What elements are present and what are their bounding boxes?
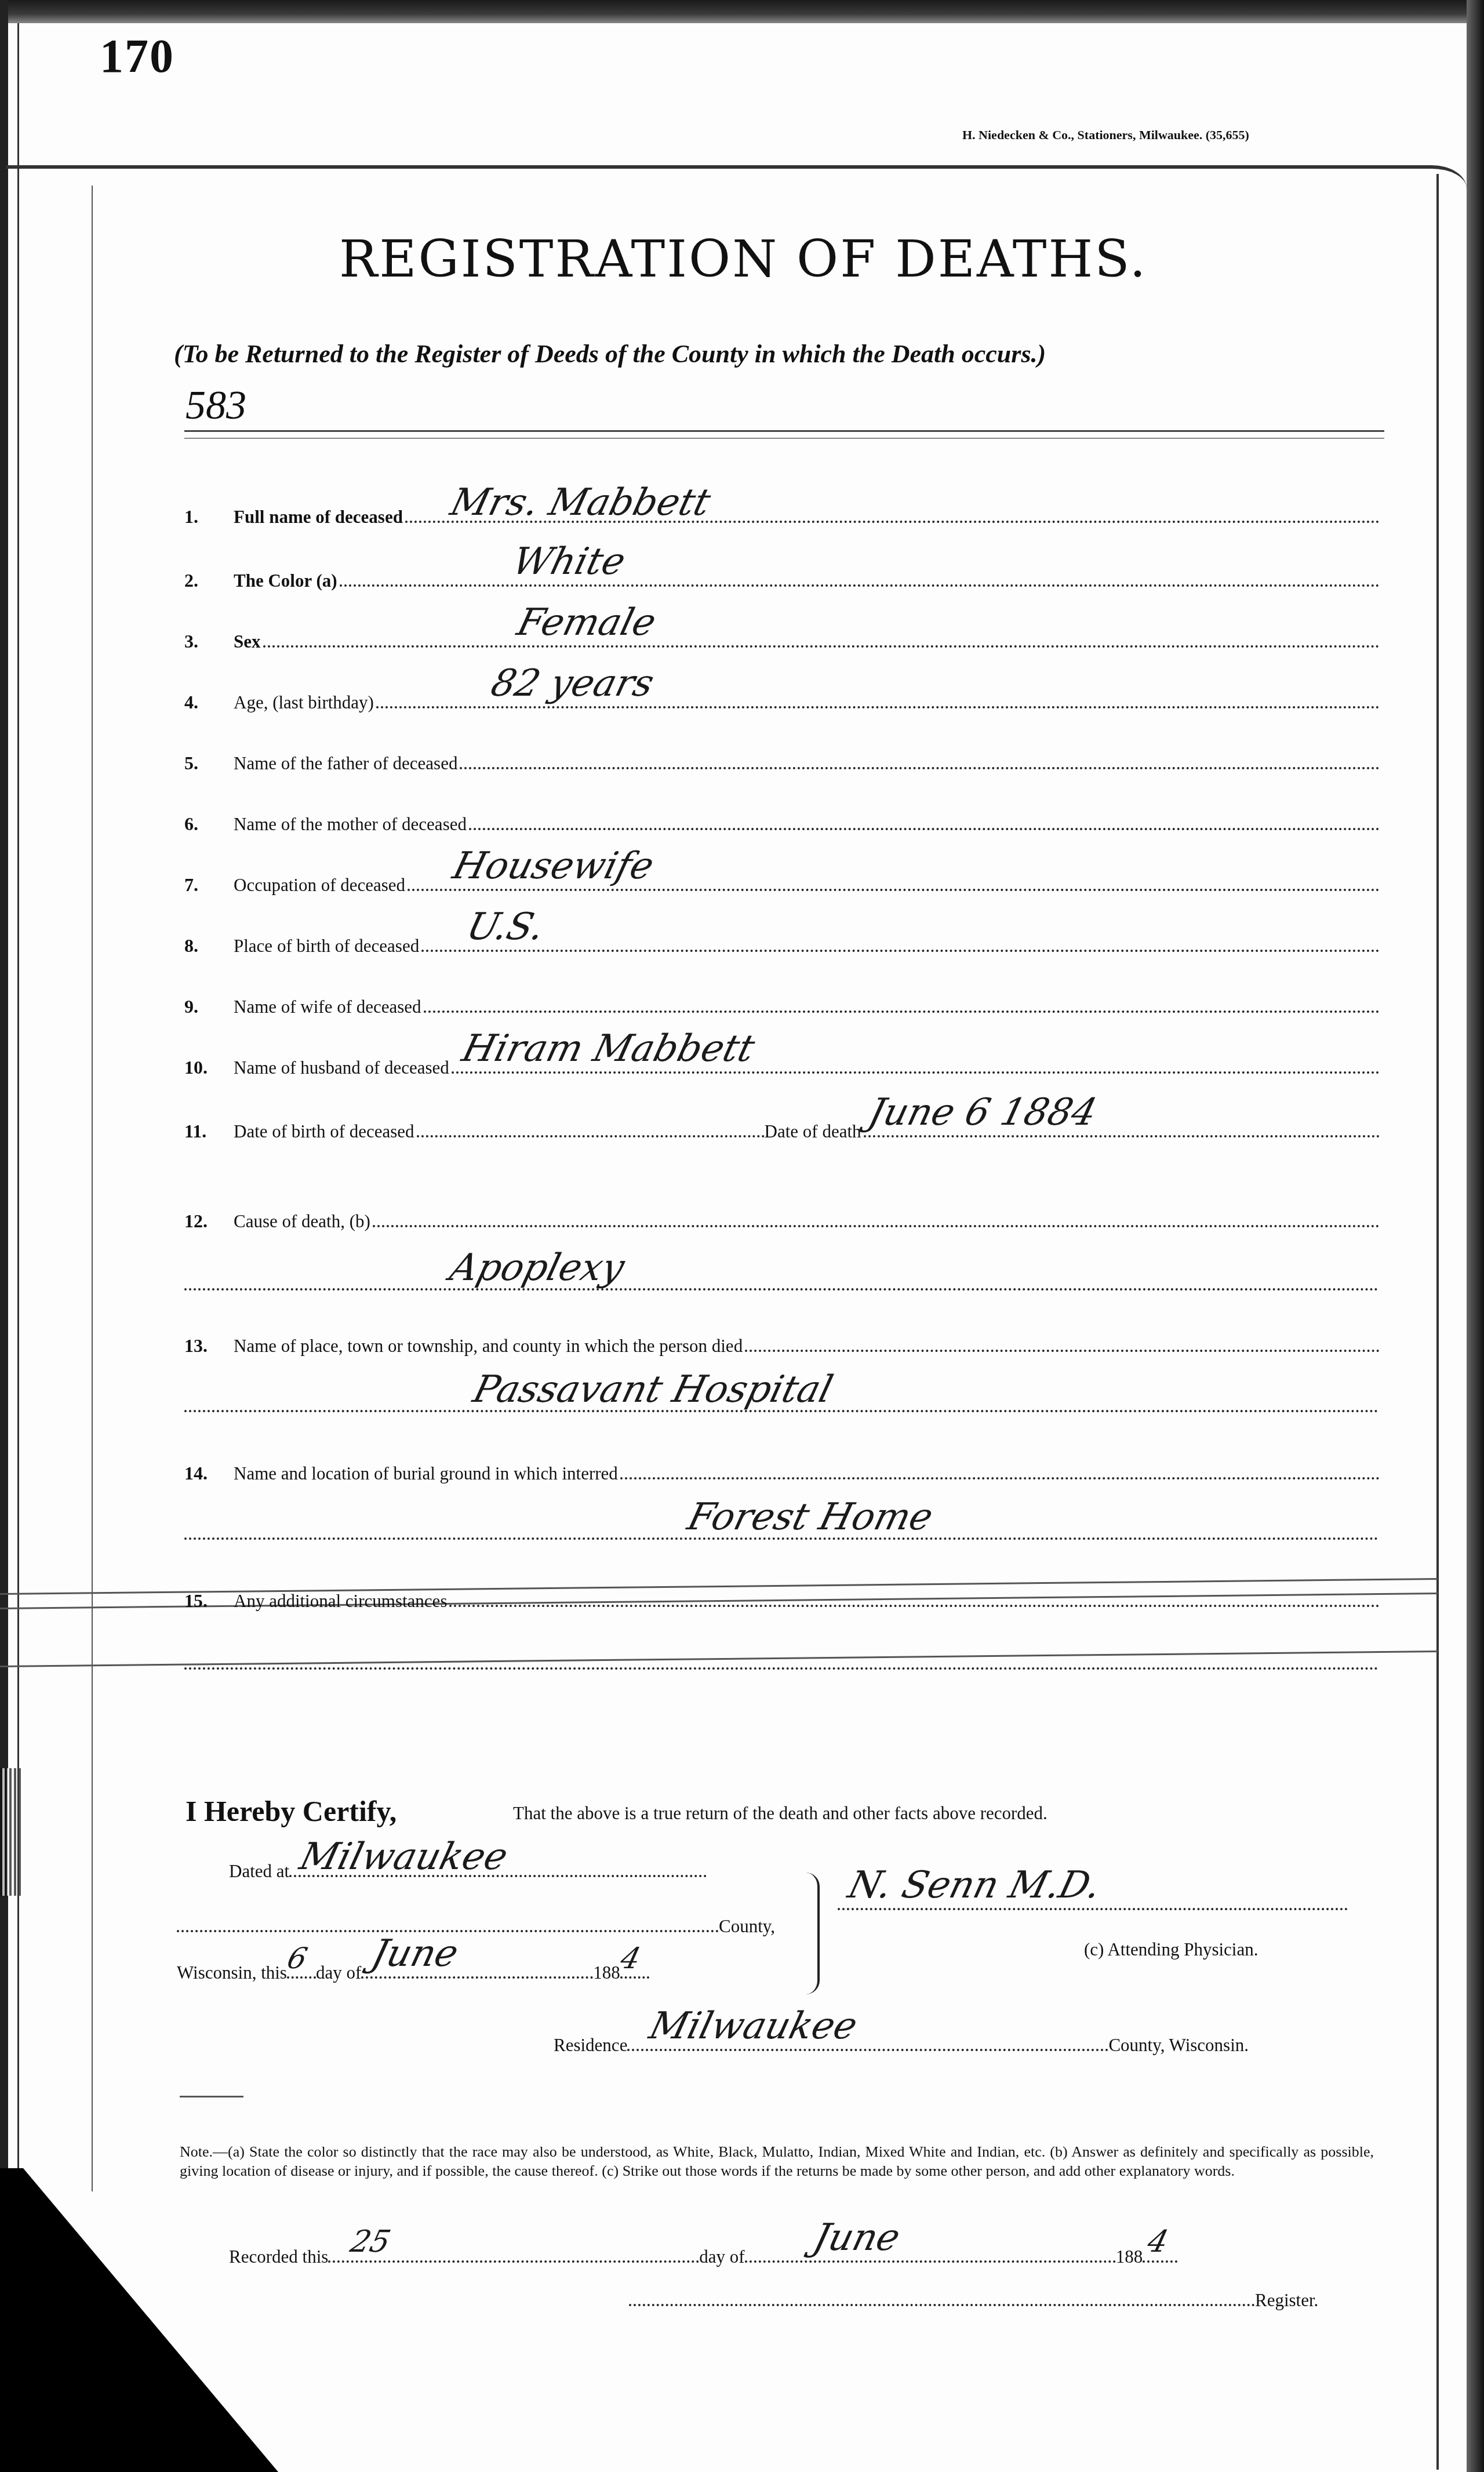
field-label-death: Date of death [765,1121,861,1142]
scan-edge-right [1467,0,1484,2472]
field-additional-line2[interactable] [184,1665,1378,1670]
field-label: Sex [234,631,261,652]
field-wife: 9. Name of wife of deceased [184,983,1380,1017]
field-number: 10. [184,1057,234,1078]
field-label: Place of birth of deceased [234,936,419,957]
physician-label: (c) Attending Physician. [1084,1939,1258,1960]
certify-heading: I Hereby Certify, [185,1794,397,1828]
field-color: 2. The Color (a) White [184,557,1380,591]
dated-at-label: Dated at [229,1861,289,1882]
residence-suffix: County, Wisconsin. [1108,2035,1249,2056]
stationer-imprint: H. Niedecken & Co., Stationers, Milwauke… [962,128,1249,143]
field-value: Housewife [449,845,659,888]
field-sex: 3. Sex Female [184,617,1380,652]
recorded-month-field[interactable]: June [745,2260,1116,2263]
register-signature-field[interactable] [629,2303,1255,2306]
page-subtitle: (To be Returned to the Register of Deeds… [174,339,1046,369]
record-number: 583 [185,383,246,429]
field-number: 15. [184,1590,234,1612]
field-number: 3. [184,631,234,652]
margin-rule-inner [92,186,93,2191]
field-value: White [508,540,630,583]
date-row: Wisconsin, this 6 day of June 188 4 [177,1962,649,1983]
page-fold-shadow [0,2168,278,2472]
field-value: Apoplexy [446,1246,629,1289]
field-line[interactable] [424,1010,1380,1013]
field-number: 4. [184,692,234,713]
field-label: The Color (a) [234,570,337,591]
day-field[interactable]: 6 [287,1976,316,1979]
field-value: Passavant Hospital [469,1368,837,1411]
residence-label: Residence [554,2035,627,2056]
divider [184,430,1384,432]
field-value: Mrs. Mabbett [446,481,715,524]
register-label: Register. [1255,2290,1318,2311]
dated-at-row: Dated at Milwaukee [229,1861,707,1882]
recorded-year-field[interactable]: 4 [1143,2260,1177,2263]
physician-signature: N. Senn M.D. [844,1864,1105,1907]
field-husband: 10. Name of husband of deceased Hiram Ma… [184,1044,1380,1078]
field-line[interactable] [620,1477,1380,1479]
field-number: 5. [184,752,234,774]
field-line[interactable]: White [340,584,1380,587]
field-value: Forest Home [683,1496,937,1539]
recorded-day-of-label: day of [699,2246,744,2267]
field-label: Name of place, town or township, and cou… [234,1336,743,1357]
field-label: Cause of death, (b) [234,1211,370,1232]
field-value: June 6 1884 [864,1091,1101,1134]
field-label: Date of birth of deceased [234,1121,414,1142]
field-number: 7. [184,874,234,896]
field-line[interactable] [745,1349,1380,1352]
field-father: 5. Name of the father of deceased [184,739,1380,774]
recorded-month-value: June [809,2216,904,2259]
recorded-day-value: 25 [347,2224,394,2259]
field-value: 82 years [487,662,659,705]
field-label: Name and location of burial ground in wh… [234,1463,618,1484]
field-label: Name of the mother of deceased [234,814,467,835]
recorded-row: Recorded this 25 day of June 188 4 [229,2246,1177,2267]
field-burial-line2[interactable]: Forest Home [184,1535,1378,1540]
field-label: Name of husband of deceased [234,1057,449,1078]
field-value: Hiram Mabbett [458,1027,759,1070]
year-field[interactable]: 4 [620,1976,649,1979]
recorded-year-value: 4 [1144,2224,1172,2259]
field-number: 11. [184,1121,234,1142]
field-burial: 14. Name and location of burial ground i… [184,1449,1380,1484]
register-row: Register. [629,2290,1318,2311]
field-line[interactable] [373,1224,1380,1227]
dated-at-value: Milwaukee [296,1835,512,1878]
field-cause: 12. Cause of death, (b) [184,1197,1380,1232]
field-occupation: 7. Occupation of deceased Housewife [184,861,1380,896]
bracket [806,1873,820,1994]
binding-strip [0,1768,23,1896]
field-number: 1. [184,506,234,528]
scan-edge-top [0,0,1484,23]
physician-signature-field[interactable]: N. Senn M.D. [838,1907,1348,1910]
field-line[interactable]: U.S. [421,949,1380,952]
field-number: 6. [184,813,234,835]
certify-statement: That the above is a true return of the d… [513,1803,1047,1824]
field-label: Name of wife of deceased [234,997,421,1017]
field-label: Name of the father of deceased [234,753,457,774]
field-age: 4. Age, (last birthday) 82 years [184,678,1380,713]
form-border-top [6,165,1467,192]
field-place-line2[interactable]: Passavant Hospital [184,1408,1378,1412]
field-value: Female [512,601,660,644]
field-line[interactable]: Hiram Mabbett [452,1071,1380,1074]
physician-row: N. Senn M.D. [838,1907,1348,1915]
field-line[interactable] [449,1604,1380,1607]
field-number: 12. [184,1210,234,1232]
field-label: Full name of deceased [234,507,403,528]
field-line[interactable]: Housewife [408,888,1380,891]
margin-rule-left [17,23,19,2168]
field-label: Age, (last birthday) [234,692,374,713]
page-title: REGISTRATION OF DEATHS. [339,229,1147,289]
field-line[interactable] [460,766,1380,769]
field-line-death[interactable]: June 6 1884 [864,1135,1380,1137]
scan-edge-left [0,0,8,2472]
field-number: 14. [184,1463,234,1484]
dated-at-field[interactable]: Milwaukee [289,1874,707,1877]
field-label: Any additional circumstances [234,1591,447,1612]
field-birthplace: 8. Place of birth of deceased U.S. [184,922,1380,957]
wisconsin-this-label: Wisconsin, this [177,1962,287,1983]
field-line[interactable]: Mrs. Mabbett [405,520,1380,523]
field-additional: 15. Any additional circumstances [184,1577,1380,1612]
field-full-name: 1. Full name of deceased Mrs. Mabbett [184,493,1380,528]
county-label: County, [719,1916,775,1937]
field-number: 13. [184,1335,234,1357]
county-row: County, [177,1916,775,1937]
field-line[interactable]: Female [263,645,1380,648]
field-place-of-death: 13. Name of place, town or township, and… [184,1322,1380,1357]
recorded-year-prefix: 188 [1116,2246,1143,2267]
residence-row: Residence Milwaukee County, Wisconsin. [554,2035,1249,2056]
divider [180,2096,243,2097]
recorded-day-field[interactable]: 25 [328,2260,699,2263]
field-number: 8. [184,935,234,957]
field-number: 2. [184,570,234,591]
month-field[interactable]: June [361,1976,593,1979]
field-dates: 11. Date of birth of deceased Date of de… [184,1107,1380,1142]
footnote: Note.—(a) State the color so distinctly … [180,2142,1374,2180]
field-line[interactable]: 82 years [376,706,1380,708]
margin-rule-right [1436,174,1439,2470]
field-mother: 6. Name of the mother of deceased [184,800,1380,835]
month-value: June [368,1932,463,1975]
recorded-label: Recorded this [229,2246,328,2267]
field-label: Occupation of deceased [234,875,405,896]
field-number: 9. [184,996,234,1017]
year-prefix: 188 [593,1962,620,1983]
residence-field[interactable]: Milwaukee [627,2048,1108,2051]
residence-value: Milwaukee [645,2005,862,2048]
year-value: 4 [617,1942,644,1975]
day-value: 6 [284,1942,311,1975]
day-of-label: day of [316,1962,361,1983]
field-value: U.S. [463,906,549,948]
divider [184,438,1384,439]
field-line[interactable] [469,827,1380,830]
field-cause-line2[interactable]: Apoplexy [184,1286,1378,1290]
page-number: 170 [100,29,174,83]
field-line-birth[interactable] [417,1135,765,1137]
